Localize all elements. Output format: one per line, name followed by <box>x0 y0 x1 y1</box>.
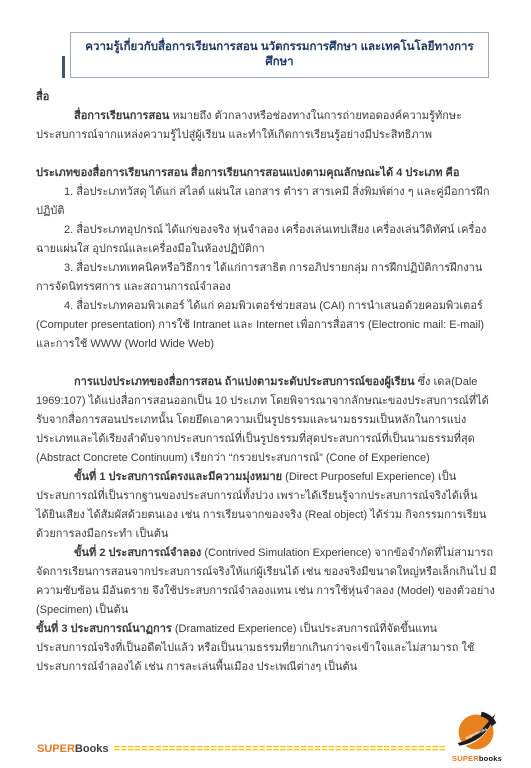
heading-media-types: ประเภทของสื่อการเรียนการสอน สื่อการเรียน… <box>36 164 497 183</box>
step-1-title: ขั้นที่ 1 ประสบการณ์ตรงและมีความมุ่งหมาย <box>74 471 282 483</box>
dale-heading: การแบ่งประเภทของสื่อการสอน ถ้าแบ่งตามระด… <box>74 376 415 388</box>
dale-text: ซึ่ง เดล(Dale 1969:107) ได้แบ่งสื่อการสอ… <box>36 376 489 464</box>
footer-brand-books: Books <box>75 743 109 755</box>
spacer <box>36 354 497 373</box>
title-box: ความรู้เกี่ยวกับสื่อการเรียนการสอน นวัตก… <box>70 32 489 78</box>
heading-media: สื่อ <box>36 88 497 107</box>
logo-text-super: SUPER <box>452 754 479 763</box>
paragraph-step-2: ขั้นที่ 2 ประสบการณ์จำลอง (Contrived Sim… <box>36 544 497 620</box>
list-item-1: 1. สื่อประเภทวัสดุ ได้แก่ สไลด์ แผ่นใส เ… <box>36 183 497 221</box>
footer: SUPERBooks =============================… <box>37 743 445 755</box>
text-cursor-mark <box>62 56 65 78</box>
superbooks-logo: superbooks SUPERbooks <box>447 709 507 763</box>
paragraph-step-3: ขั้นที่ 3 ประสบการณ์นาฏการ (Dramatized E… <box>36 620 497 677</box>
list-item-3: 3. สื่อประเภทเทคนิคหรือวิธีการ ได้แก่การ… <box>36 259 497 297</box>
logo-text-books: books <box>479 754 502 763</box>
footer-separator: ========================================… <box>114 743 445 755</box>
list-item-2: 2. สื่อประเภทอุปกรณ์ ได้แก่ของจริง หุ่นจ… <box>36 221 497 259</box>
document-page: ความรู้เกี่ยวกับสื่อการเรียนการสอน นวัตก… <box>0 0 531 768</box>
media-term: สื่อการเรียนการสอน <box>74 110 169 122</box>
paragraph-media-definition: สื่อการเรียนการสอน หมายถึง ตัวกลางหรือช่… <box>36 107 497 145</box>
step-3-title: ขั้นที่ 3 ประสบการณ์นาฏการ <box>36 623 172 635</box>
document-body: สื่อ สื่อการเรียนการสอน หมายถึง ตัวกลางห… <box>36 88 497 677</box>
superbooks-logo-text: SUPERbooks <box>447 755 507 763</box>
step-2-title: ขั้นที่ 2 ประสบการณ์จำลอง <box>74 547 201 559</box>
paragraph-step-1: ขั้นที่ 1 ประสบการณ์ตรงและมีความมุ่งหมาย… <box>36 468 497 544</box>
page-title: ความรู้เกี่ยวกับสื่อการเรียนการสอน นวัตก… <box>71 40 488 70</box>
footer-brand-super: SUPER <box>37 743 75 755</box>
paragraph-dale-classification: การแบ่งประเภทของสื่อการสอน ถ้าแบ่งตามระด… <box>36 373 497 468</box>
list-item-4: 4. สื่อประเภทคอมพิวเตอร์ ได้แก่ คอมพิวเต… <box>36 297 497 354</box>
spacer <box>36 145 497 164</box>
superbooks-logo-icon: superbooks <box>454 709 500 755</box>
